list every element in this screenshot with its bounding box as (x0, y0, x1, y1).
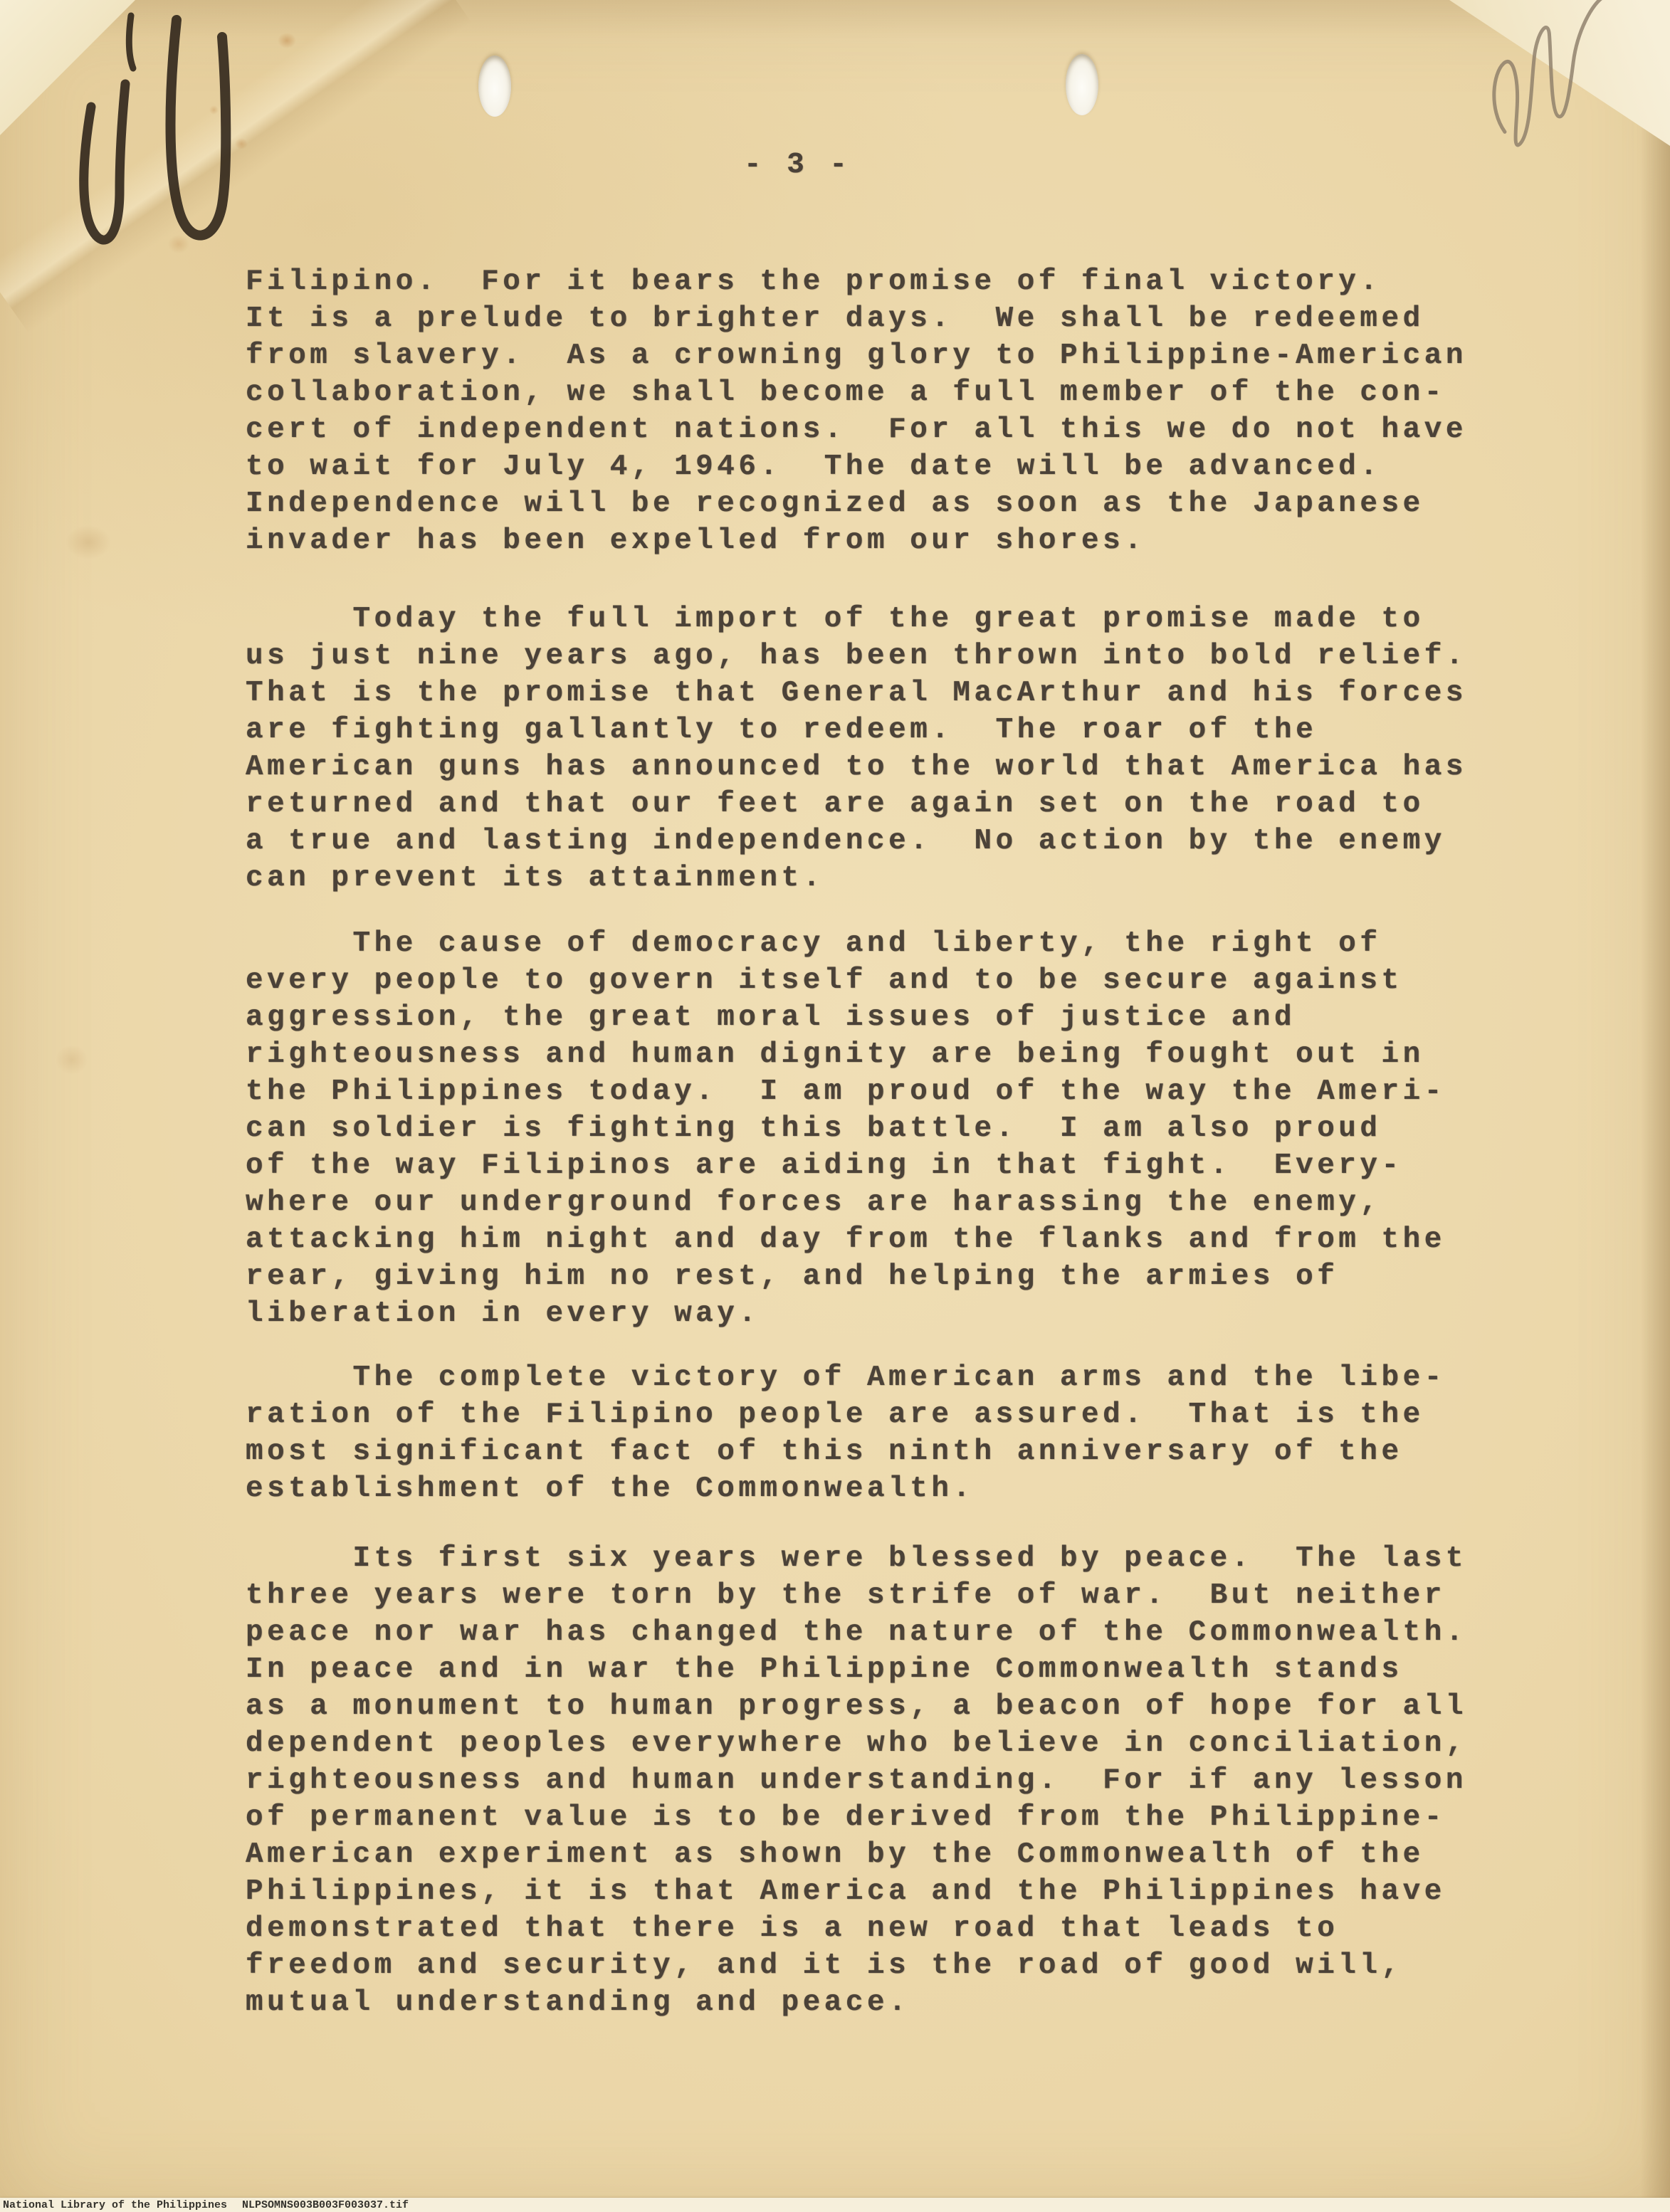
typed-body: Filipino. For it bears the promise of fi… (246, 0, 1498, 2135)
typed-paragraph: Filipino. For it bears the promise of fi… (246, 263, 1467, 559)
typed-paragraph: The complete victory of American arms an… (246, 1359, 1446, 1507)
typed-paragraph: Its first six years were blessed by peac… (246, 1540, 1467, 2021)
typed-paragraph: Today the full import of the great promi… (246, 601, 1467, 897)
footer-filename-label: NLPSOMNS003B003F003037.tif (242, 2199, 409, 2211)
footer-library-label: National Library of the Philippines (3, 2199, 227, 2211)
footer-bar: National Library of the Philippines NLPS… (0, 2198, 1670, 2212)
scanned-document-page: - 3 - Filipino. For it bears the promise… (0, 0, 1670, 2212)
typed-paragraph: The cause of democracy and liberty, the … (246, 925, 1446, 1332)
